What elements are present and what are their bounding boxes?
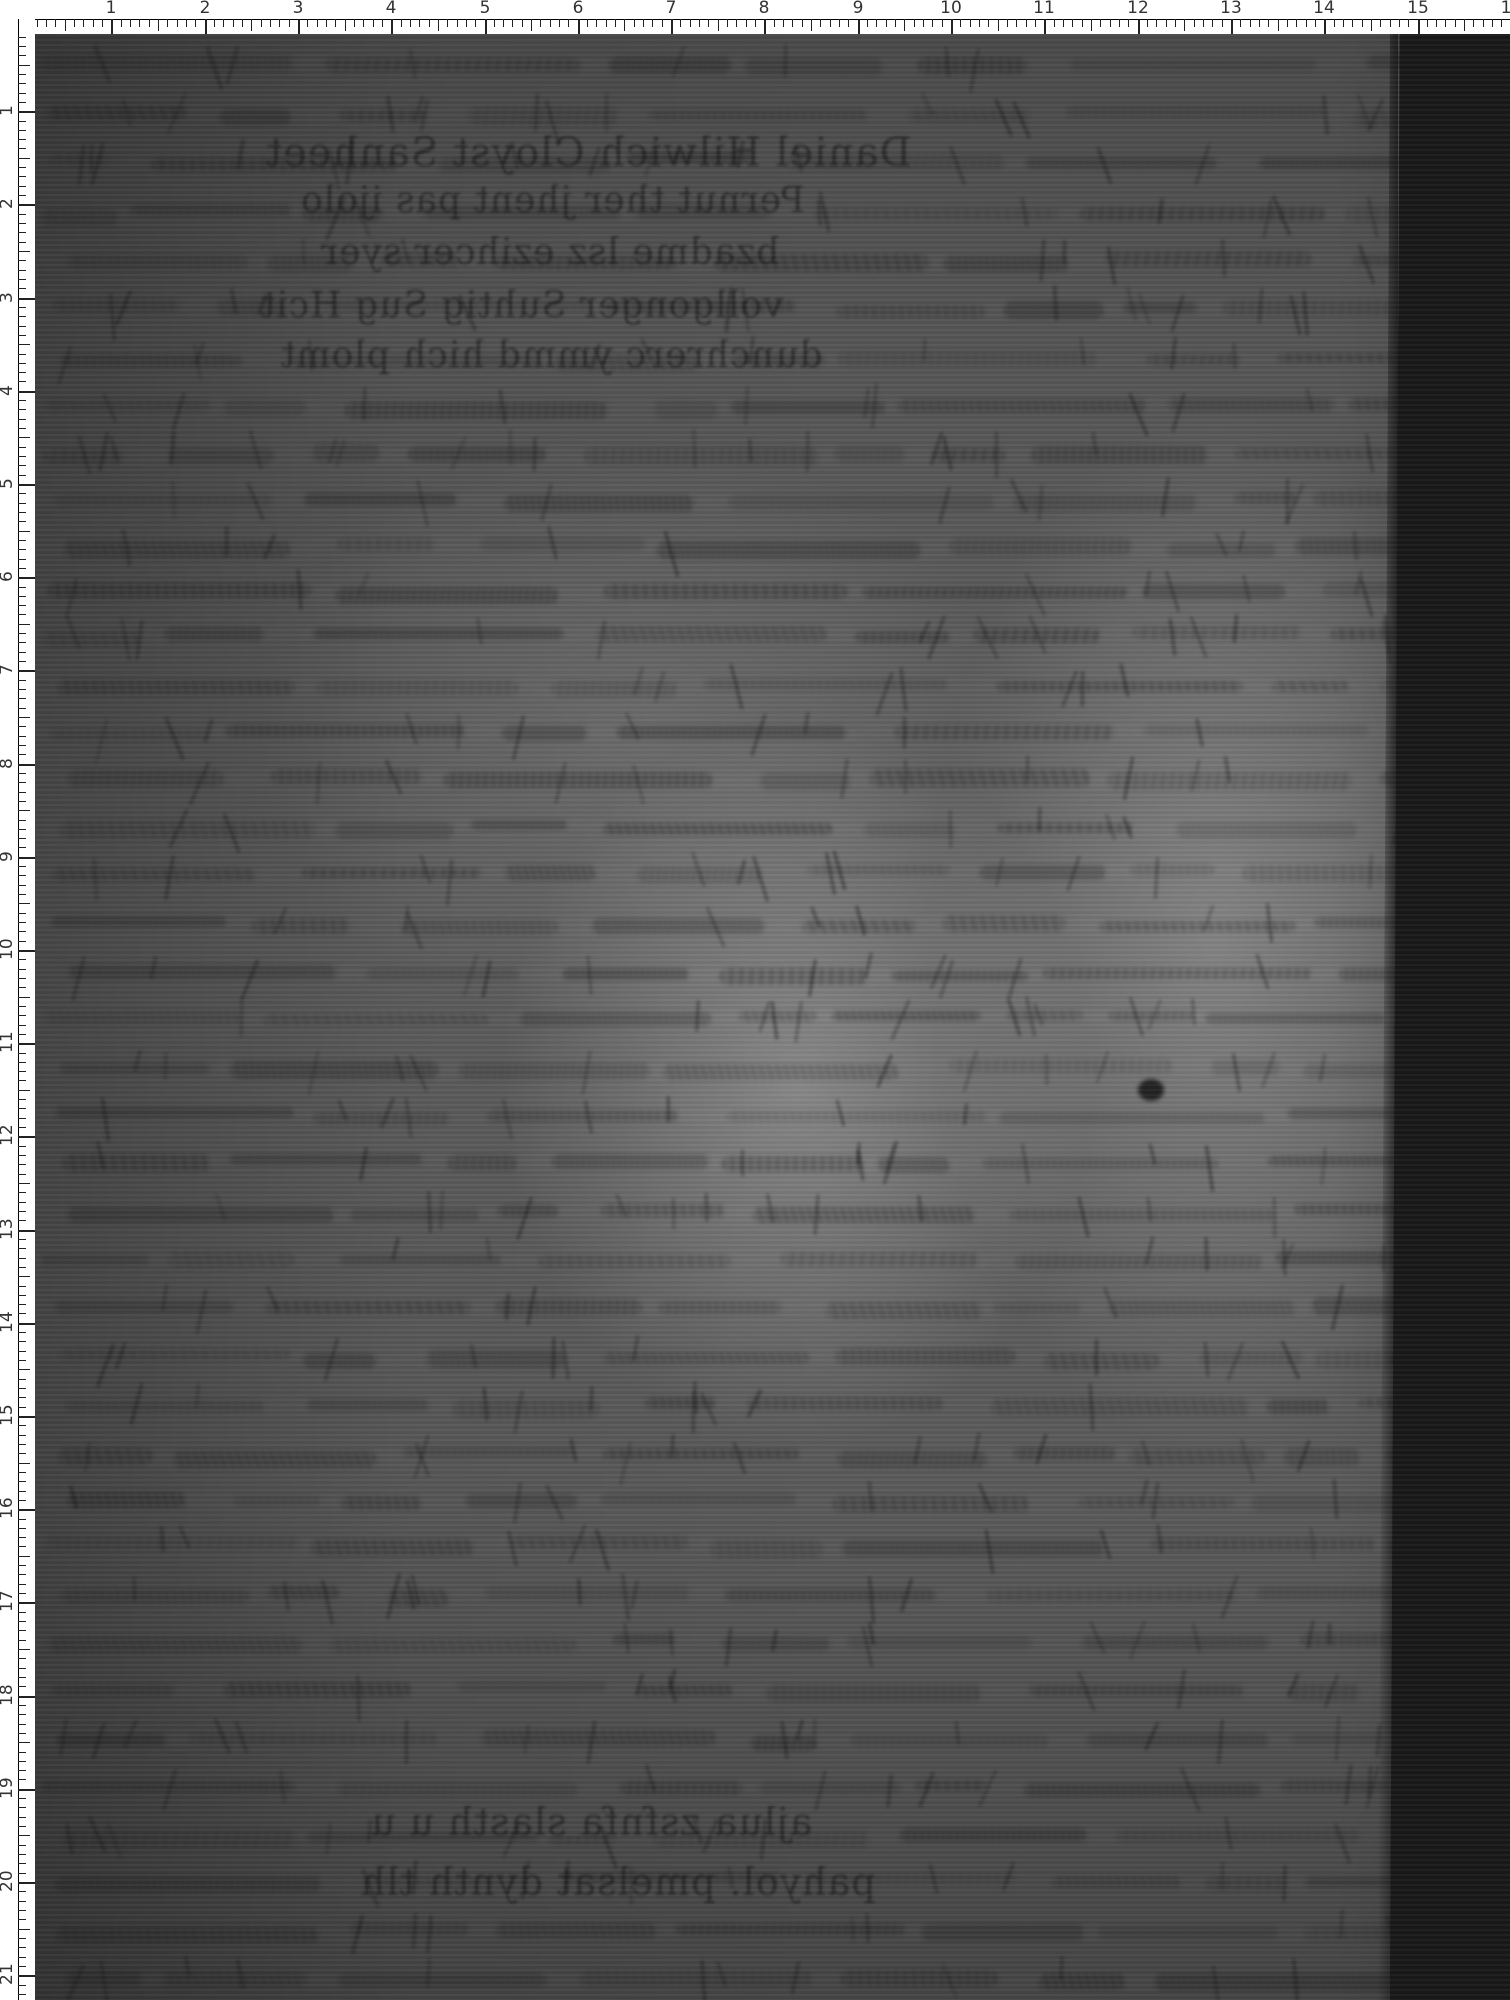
handwriting-word <box>1306 1877 1486 1887</box>
handwriting-word <box>1380 771 1510 785</box>
handwriting-word <box>1015 1255 1262 1269</box>
handwriting-stroke <box>1129 996 1145 1036</box>
handwriting-stroke <box>1128 392 1149 436</box>
ruler-tick <box>18 139 26 140</box>
handwriting-stroke <box>962 1103 967 1126</box>
ruler-tick <box>18 1779 26 1780</box>
handwriting-stroke <box>921 92 934 116</box>
handwriting-stroke <box>641 338 653 362</box>
handwriting-stroke <box>1095 1339 1098 1376</box>
handwriting-stroke <box>732 1442 746 1475</box>
handwriting-stroke <box>861 1626 873 1668</box>
ruler-tick <box>18 913 26 914</box>
handwriting-stroke <box>1359 578 1374 619</box>
ruler-tick <box>18 1770 26 1771</box>
ruler-left-label: 12 <box>0 1124 16 1146</box>
ruler-tick <box>746 19 747 27</box>
handwriting-word <box>621 1781 741 1795</box>
handwriting-word <box>635 204 769 219</box>
ruler-tick <box>18 754 26 755</box>
handwriting-stroke <box>857 1149 865 1181</box>
ruler-tick <box>18 1658 26 1659</box>
handwriting-stroke <box>527 1286 538 1325</box>
ruler-tick <box>503 19 504 27</box>
handwriting-word <box>663 1064 899 1079</box>
handwriting-stroke <box>1283 1239 1288 1276</box>
ruler-tick <box>18 1192 26 1193</box>
handwriting-word <box>1082 1636 1269 1648</box>
handwriting-stroke <box>215 1193 227 1220</box>
handwriting-stroke <box>1322 95 1329 135</box>
handwriting-stroke <box>1386 1915 1396 1941</box>
ruler-tick <box>18 931 26 932</box>
handwriting-word <box>264 1014 488 1025</box>
handwriting-word <box>424 206 620 219</box>
handwriting-word <box>317 680 518 695</box>
ruler-tick <box>18 1640 26 1641</box>
handwriting-stroke <box>727 1866 734 1889</box>
ruler-tick <box>578 19 580 34</box>
handwriting-stroke <box>795 1719 804 1741</box>
ruler-tick <box>774 19 775 27</box>
handwriting-word <box>539 1255 731 1267</box>
handwriting-stroke <box>547 526 558 559</box>
handwriting-stroke <box>930 953 947 988</box>
handwriting-stroke <box>301 238 305 264</box>
ruler-tick <box>18 65 30 66</box>
handwriting-word <box>1288 1108 1510 1119</box>
handwriting-stroke <box>759 1818 766 1860</box>
handwriting-stroke <box>357 573 370 596</box>
ruler-tick <box>1044 19 1046 34</box>
handwriting-stroke <box>771 1001 779 1040</box>
handwriting-word <box>1030 1685 1242 1697</box>
handwriting-stroke <box>1171 393 1186 433</box>
ruler-tick <box>18 1696 35 1698</box>
handwriting-stroke <box>551 1337 555 1379</box>
handwriting-stroke <box>621 1573 630 1621</box>
handwriting-stroke <box>1037 485 1043 521</box>
handwriting-stroke <box>633 667 644 697</box>
handwriting-word <box>739 1011 815 1021</box>
handwriting-word <box>131 204 290 217</box>
ruler-tick <box>18 1248 26 1249</box>
handwriting-stroke <box>1306 1620 1315 1649</box>
handwriting-stroke <box>949 146 966 186</box>
ruler-tick <box>429 19 430 27</box>
handwriting-word <box>1117 1829 1360 1842</box>
handwriting-word <box>68 1207 334 1223</box>
handwriting-word <box>1312 1297 1510 1315</box>
ruler-tick <box>18 1369 30 1370</box>
handwriting-stroke <box>1221 239 1226 277</box>
handwriting-stroke <box>386 1572 401 1619</box>
ruler-tick <box>18 1537 26 1538</box>
ruler-tick <box>839 19 840 27</box>
handwriting-stroke <box>630 1580 639 1609</box>
handwriting-word <box>57 1734 166 1746</box>
handwriting-word <box>877 1157 950 1173</box>
handwriting-word <box>1315 917 1510 928</box>
ruler-tick <box>18 1407 26 1408</box>
ruler-tick <box>18 1733 26 1734</box>
ruler-tick <box>18 46 26 47</box>
ruler-tick <box>18 176 26 177</box>
ruler-tick <box>568 19 569 27</box>
handwriting-stroke <box>361 1868 379 1908</box>
ruler-tick <box>970 19 971 27</box>
handwriting-stroke <box>875 671 893 715</box>
handwriting-word <box>1080 207 1325 221</box>
ruler-tick <box>1007 19 1008 27</box>
ruler-tick <box>1222 19 1223 27</box>
ruler-tick <box>1128 19 1129 27</box>
handwriting-stroke <box>963 1049 979 1092</box>
ruler-left-label: 13 <box>0 1218 16 1240</box>
ruler-tick <box>540 19 541 27</box>
handwriting-stroke <box>1178 1669 1187 1709</box>
ruler-tick <box>18 363 26 364</box>
handwriting-word <box>55 1877 322 1891</box>
handwriting-stroke <box>672 46 686 78</box>
ruler-tick <box>18 1789 35 1791</box>
ruler-tick <box>1035 19 1036 27</box>
ruler-tick <box>18 1304 26 1305</box>
ruler-tick <box>18 531 30 532</box>
ruler-tick <box>223 19 224 27</box>
ruler-tick <box>1287 19 1288 27</box>
ruler-tick <box>18 1276 30 1277</box>
handwriting-word <box>826 1302 981 1319</box>
handwriting-stroke <box>1272 195 1291 235</box>
ruler-tick <box>18 1267 26 1268</box>
ruler-left-label: 21 <box>0 1963 16 1985</box>
handwriting-word <box>68 255 247 270</box>
show-through-script-row: Daniel Hilwich Cloyst Sanheet <box>265 130 912 176</box>
ruler-tick <box>1147 19 1148 27</box>
ruler-tick <box>18 764 35 766</box>
ruler-tick <box>18 1556 30 1557</box>
ruler-tick <box>1026 19 1027 27</box>
ruler-top-label: 4 <box>386 0 397 18</box>
handwriting-word <box>52 916 226 928</box>
handwriting-stroke <box>230 288 237 314</box>
ruler-tick <box>18 503 26 504</box>
handwriting-stroke <box>615 1194 628 1218</box>
handwriting-word <box>1381 679 1510 693</box>
handwriting-stroke <box>1171 294 1185 333</box>
ruler-tick <box>18 1472 26 1473</box>
handwriting-stroke <box>325 196 346 240</box>
handwriting-stroke <box>1140 1440 1149 1466</box>
ruler-tick <box>18 568 26 569</box>
handwriting-stroke <box>1290 295 1302 336</box>
handwriting-stroke <box>825 852 836 895</box>
handwriting-stroke <box>1422 814 1433 852</box>
ruler-tick <box>1436 19 1437 27</box>
handwriting-stroke <box>308 339 314 371</box>
handwriting-stroke <box>1122 816 1133 838</box>
handwriting-word <box>851 1734 1048 1748</box>
handwriting-word <box>1044 1353 1159 1370</box>
handwriting-word <box>1268 1156 1434 1166</box>
handwriting-word <box>252 918 351 934</box>
handwriting-stroke <box>462 953 478 996</box>
ruler-tick <box>18 1053 26 1054</box>
handwriting-stroke <box>1392 810 1410 845</box>
ruler-tick <box>18 1481 26 1482</box>
handwriting-word <box>760 1782 902 1793</box>
ruler-tick <box>494 19 495 27</box>
ruler-tick <box>18 1491 26 1492</box>
ruler-tick <box>18 1258 26 1259</box>
handwriting-stroke <box>1357 244 1375 285</box>
handwriting-stroke <box>1456 49 1469 94</box>
handwriting-word <box>745 58 882 75</box>
handwriting-word <box>448 1155 517 1171</box>
handwriting-stroke <box>1368 854 1373 889</box>
ruler-tick <box>18 1416 35 1418</box>
ruler-tick <box>18 1313 26 1314</box>
ruler-tick <box>18 204 35 206</box>
show-through-script-row: pahyol. pmelsat dynth tlh <box>360 1860 876 1904</box>
handwriting-stroke <box>315 762 321 804</box>
ruler-tick <box>512 19 513 27</box>
handwriting-stroke <box>1281 1242 1295 1270</box>
handwriting-stroke <box>60 1718 69 1756</box>
handwriting-word <box>1400 1686 1510 1702</box>
handwriting-stroke <box>524 1725 530 1754</box>
ruler-tick <box>1352 19 1353 27</box>
handwriting-stroke <box>1283 1865 1287 1902</box>
handwriting-stroke <box>240 1001 244 1037</box>
handwriting-stroke <box>750 714 766 757</box>
handwriting-word <box>637 1685 733 1696</box>
handwriting-stroke <box>1119 663 1129 697</box>
handwriting-word <box>1052 1876 1182 1888</box>
ruler-tick <box>475 19 476 27</box>
handwriting-stroke <box>1079 336 1085 365</box>
ruler-tick <box>18 493 26 494</box>
handwriting-word <box>1314 491 1510 506</box>
ruler-tick <box>18 1826 26 1827</box>
handwriting-stroke <box>581 1050 591 1095</box>
ruler-tick <box>1166 19 1167 27</box>
ruler-tick <box>18 1341 26 1342</box>
ruler-tick <box>1501 19 1502 27</box>
handwriting-stroke <box>416 479 429 526</box>
handwriting-word <box>191 1733 437 1744</box>
handwriting-word <box>1416 1778 1510 1794</box>
ruler-tick <box>18 1230 35 1232</box>
handwriting-word <box>1423 584 1510 601</box>
handwriting-word <box>271 769 422 784</box>
ruler-left-label: 8 <box>0 758 16 769</box>
handwriting-word <box>1004 301 1103 319</box>
ruler-tick <box>923 19 924 27</box>
show-through-script-row: ajlua zsfnfa slasth u u <box>370 1800 812 1844</box>
handwriting-stroke <box>695 1000 700 1032</box>
ruler-tick <box>251 19 252 31</box>
handwriting-stroke <box>1010 478 1028 512</box>
handwriting-stroke <box>456 714 460 750</box>
handwriting-word <box>266 1301 470 1314</box>
handwriting-word <box>326 58 580 73</box>
handwriting-word <box>1422 1013 1510 1030</box>
handwriting-word <box>649 110 868 120</box>
handwriting-stroke <box>410 1575 421 1606</box>
handwriting-stroke <box>114 1342 126 1369</box>
ruler-tick <box>680 19 681 27</box>
ruler-tick <box>158 19 159 31</box>
ruler-tick <box>18 1612 26 1613</box>
handwriting-stroke <box>246 482 264 521</box>
handwriting-word <box>307 1399 430 1411</box>
ruler-tick <box>18 1099 26 1100</box>
handwriting-word <box>227 725 465 738</box>
handwriting-stroke <box>882 1140 898 1184</box>
handwriting-stroke <box>1196 718 1205 747</box>
handwriting-stroke <box>1145 1236 1155 1265</box>
ruler-tick <box>18 251 30 252</box>
handwriting-stroke <box>923 338 926 361</box>
handwriting-stroke <box>90 144 93 175</box>
handwriting-word <box>45 400 209 411</box>
handwriting-word <box>1235 492 1298 505</box>
handwriting-stroke <box>90 143 104 186</box>
handwriting-stroke <box>1310 1527 1316 1560</box>
handwriting-stroke <box>1107 246 1116 285</box>
ruler-tick <box>18 1686 26 1687</box>
handwriting-stroke <box>222 813 240 853</box>
handwriting-stroke <box>705 1193 709 1223</box>
handwriting-word <box>1288 1684 1360 1701</box>
handwriting-stroke <box>635 1673 644 1696</box>
handwriting-word <box>781 1252 978 1267</box>
ruler-tick <box>149 19 150 27</box>
handwriting-stroke <box>350 1914 363 1954</box>
handwriting-stroke <box>1305 387 1314 412</box>
handwriting-word <box>841 1970 998 1988</box>
ruler-tick <box>18 1947 26 1948</box>
handwriting-word <box>303 206 383 222</box>
handwriting-word <box>224 1682 412 1698</box>
handwriting-stroke <box>668 1676 677 1703</box>
ruler-tick <box>1473 19 1474 27</box>
handwriting-stroke <box>249 429 263 469</box>
handwriting-stroke <box>420 99 429 132</box>
handwriting-word <box>173 1451 376 1468</box>
handwriting-stroke <box>1263 199 1273 239</box>
handwriting-stroke <box>1140 1479 1148 1504</box>
ruler-tick <box>18 288 26 289</box>
ruler-tick <box>18 1677 26 1678</box>
handwriting-stroke <box>458 295 477 333</box>
ruler-left-label: 17 <box>0 1590 16 1612</box>
handwriting-word <box>1167 543 1276 558</box>
handwriting-stroke <box>162 1769 178 1812</box>
handwriting-stroke <box>868 1576 875 1624</box>
ruler-left-label: 15 <box>0 1404 16 1426</box>
ruler-tick <box>18 1854 26 1855</box>
handwriting-stroke <box>938 486 951 523</box>
handwriting-stroke <box>724 1627 732 1667</box>
handwriting-stroke <box>1221 1862 1224 1890</box>
handwriting-word <box>340 1255 500 1266</box>
handwriting-stroke <box>1366 196 1378 238</box>
handwriting-stroke <box>588 147 601 177</box>
handwriting-stroke <box>1232 1053 1241 1092</box>
handwriting-word <box>56 1107 294 1118</box>
handwriting-word <box>597 626 827 642</box>
ruler-tick <box>18 1286 26 1287</box>
ruler-tick <box>18 307 26 308</box>
handwriting-stroke <box>568 1524 586 1564</box>
handwriting-stroke <box>949 810 953 848</box>
ruler-tick <box>18 587 26 588</box>
handwriting-stroke <box>99 1960 109 2000</box>
handwriting-word <box>57 1927 319 1943</box>
ruler-tick <box>895 19 896 27</box>
handwriting-stroke <box>1152 1482 1160 1519</box>
ruler-tick <box>18 540 26 541</box>
handwriting-stroke <box>794 144 803 172</box>
handwriting-word <box>339 1973 546 1987</box>
ruler-tick <box>1072 19 1073 27</box>
ruler-tick <box>988 19 989 27</box>
handwriting-stroke <box>1144 570 1151 599</box>
handwriting-word <box>562 1872 780 1882</box>
handwriting-stroke <box>114 290 131 326</box>
ruler-tick <box>18 950 35 952</box>
handwriting-stroke <box>1025 996 1036 1037</box>
handwriting-word <box>61 821 315 838</box>
ruler-tick <box>18 903 30 904</box>
handwriting-stroke <box>1092 432 1098 455</box>
handwriting-stroke <box>1021 1143 1030 1184</box>
ruler-tick <box>205 19 207 34</box>
handwriting-word <box>983 1158 1218 1169</box>
ruler-tick <box>18 1724 26 1725</box>
handwriting-word <box>466 1494 577 1508</box>
handwriting-stroke <box>356 1675 360 1722</box>
handwriting-stroke <box>1095 1051 1109 1084</box>
handwriting-stroke <box>1390 1341 1400 1364</box>
handwriting-word <box>918 57 1027 74</box>
ruler-tick <box>18 1220 26 1221</box>
ruler-tick <box>18 1752 26 1753</box>
handwriting-word <box>1147 354 1239 365</box>
handwriting-stroke <box>941 1963 958 1998</box>
ruler-tick <box>914 19 915 27</box>
handwriting-word <box>52 1685 173 1696</box>
ruler-tick <box>363 19 364 27</box>
handwriting-word <box>1258 1587 1494 1599</box>
handwriting-stroke <box>161 1284 168 1312</box>
ruler-tick <box>457 19 458 27</box>
handwriting-stroke <box>561 1340 570 1380</box>
ruler-tick <box>18 102 26 103</box>
handwriting-word <box>505 865 596 881</box>
handwriting-stroke <box>969 47 980 93</box>
handwriting-word <box>1278 353 1509 363</box>
handwriting-word <box>1211 1060 1281 1075</box>
ruler-tick <box>18 1910 26 1911</box>
handwriting-stroke <box>944 46 950 77</box>
ruler-tick <box>18 111 35 113</box>
handwriting-stroke <box>693 1381 698 1414</box>
ruler-tick <box>18 148 26 149</box>
